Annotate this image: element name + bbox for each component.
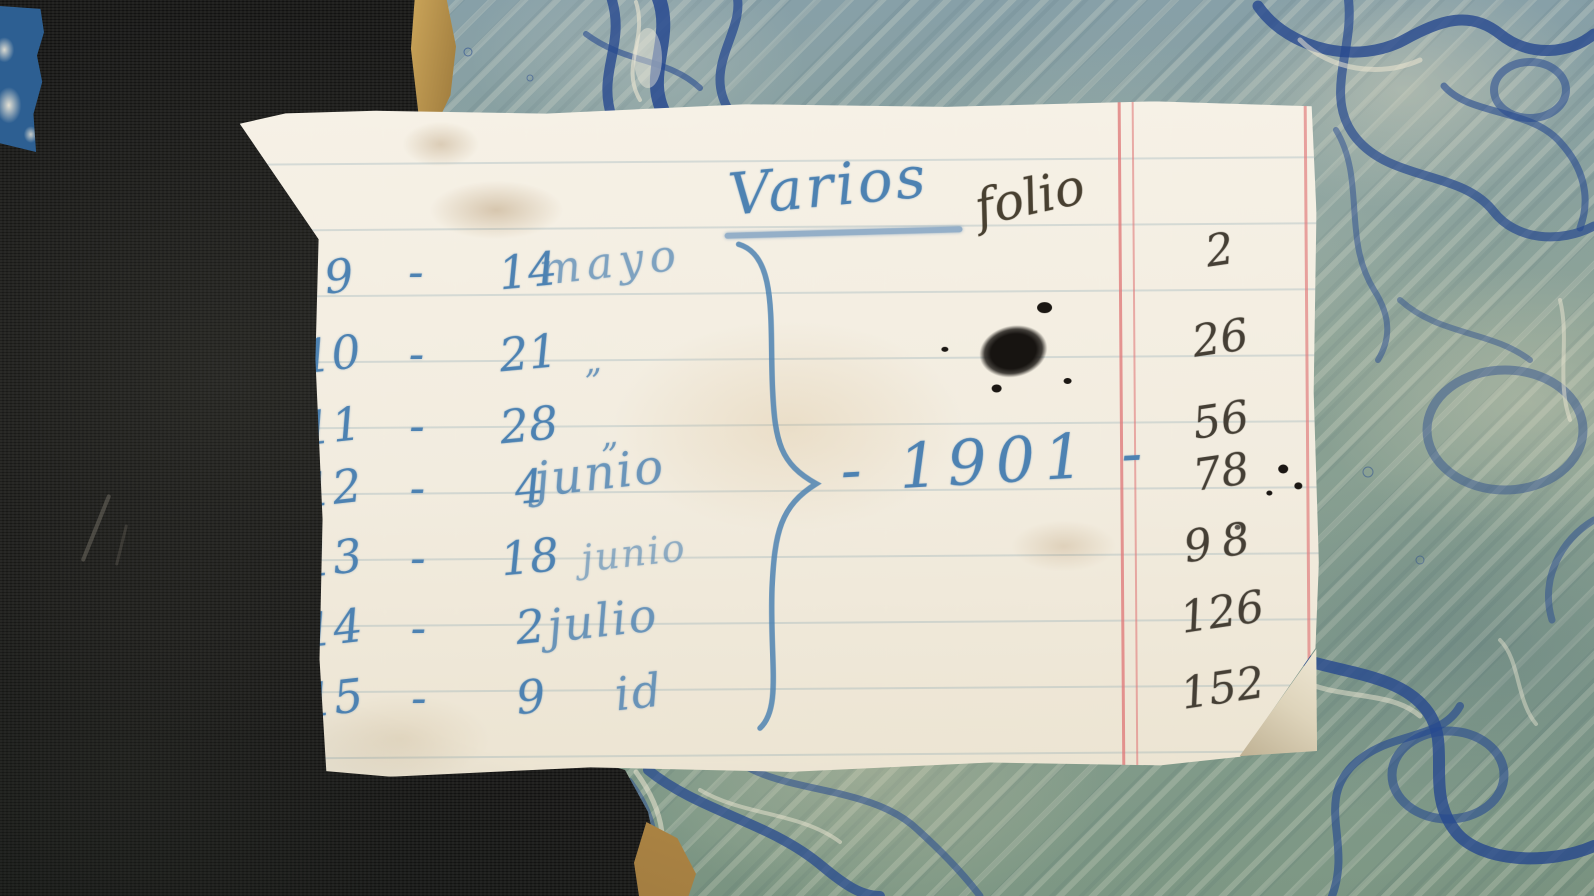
month-name: mayo (536, 229, 684, 296)
dash: - (388, 670, 450, 724)
ink-speck (1294, 482, 1302, 489)
ink-speck (941, 347, 948, 352)
index-row: 9 - 14 mayo 2 (227, 238, 1328, 322)
entry-number: 14 (285, 596, 382, 660)
entry-number: 12 (284, 456, 381, 520)
label-title: Varios (725, 142, 931, 229)
month-name: junio (579, 525, 689, 581)
ink-speck (1278, 464, 1288, 473)
ink-speck (1064, 378, 1072, 384)
day-number: 9 (468, 664, 595, 729)
ink-speck (1037, 302, 1052, 313)
label-paper: Varios folio - 1901 - 9 - 14 mayo 2 10 -… (226, 92, 1331, 788)
entry-number: 15 (285, 666, 382, 730)
index-label: Varios folio - 1901 - 9 - 14 mayo 2 10 -… (226, 92, 1331, 788)
ink-speck (1235, 525, 1241, 530)
dash: - (387, 530, 449, 584)
book-cover-photo: Varios folio - 1901 - 9 - 14 mayo 2 10 -… (0, 0, 1594, 896)
entry-number: 11 (283, 394, 380, 458)
entry-number: 9 (290, 244, 387, 308)
folio-heading: folio (969, 157, 1090, 237)
dash: - (385, 244, 447, 298)
dash: - (385, 326, 447, 380)
day-number: 18 (467, 524, 594, 589)
dash: - (387, 600, 449, 654)
index-row: 10 - 21 „ 26 (227, 320, 1328, 404)
ditto-mark: „ (581, 340, 605, 382)
ink-speck (992, 384, 1002, 392)
entry-number: 13 (284, 526, 381, 590)
entry-number: 10 (283, 322, 380, 386)
dash: - (386, 460, 448, 514)
index-row: 15 - 9 id 152 (230, 664, 1331, 748)
dash: - (386, 398, 448, 452)
ink-speck (1266, 491, 1272, 496)
month-name: id (612, 662, 666, 721)
page-number: 152 (1159, 654, 1287, 722)
month-name: julio (545, 587, 661, 653)
day-number: 21 (465, 320, 592, 385)
page-number: 2 (1156, 216, 1284, 284)
